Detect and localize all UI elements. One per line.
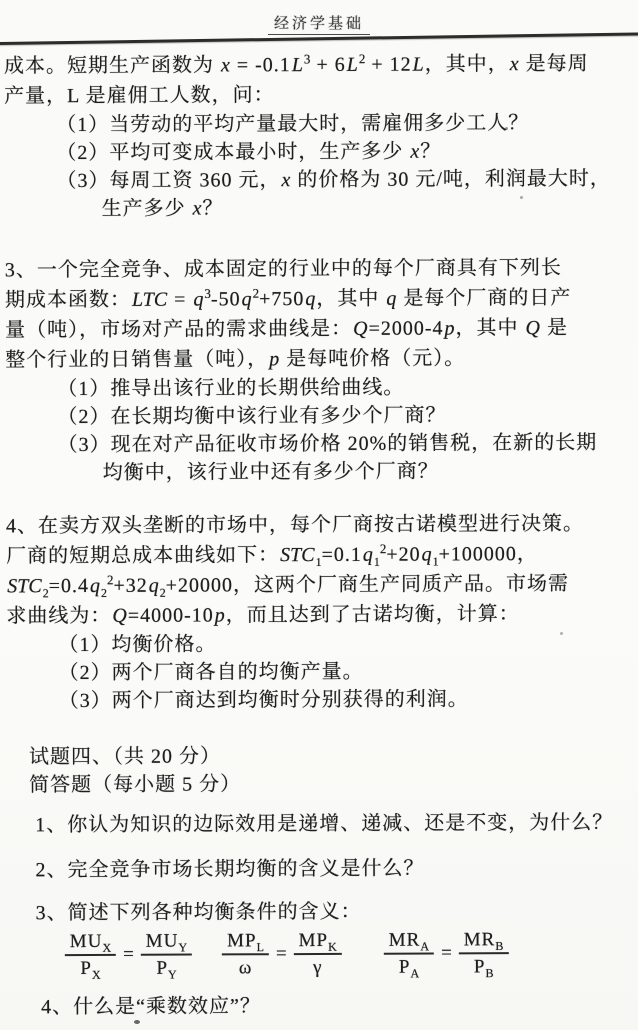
equals-sign: =	[123, 944, 134, 966]
ink-speck	[560, 632, 563, 635]
problem2-item-3-cont: 生产多少 x？	[102, 193, 631, 223]
short-answer-3: 3、简述下列各种均衡条件的含义：	[36, 897, 634, 928]
problem3-line-4: 整个行业的日销售量（吨），p 是每吨价格（元）。	[5, 343, 631, 376]
fraction-mpl-w: MPL ω	[222, 930, 269, 979]
equals-sign: =	[276, 943, 287, 965]
problem2-item-2: （2）平均可变成本最小时，生产多少 x？	[56, 137, 630, 168]
problem4-item-3: （3）两个厂商达到均衡时分别获得的利润。	[59, 685, 633, 716]
page-content: 成本。短期生产函数为 x = -0.1L3 + 6L2 + 12L，其中，x 是…	[4, 49, 634, 1022]
equation-consumer-equilibrium: MUX PX = MUY PY	[65, 930, 193, 980]
equilibrium-conditions: MUX PX = MUY PY MPL ω = MPK γ	[65, 925, 634, 983]
scanned-exam-page: 经济学基础 成本。短期生产函数为 x = -0.1L3 + 6L2 + 12L，…	[0, 0, 638, 1030]
problem4-line-2: 厂商的短期总成本曲线如下：STC1=0.1q12+20q1+100000，	[6, 539, 632, 572]
problem2-line-1: 成本。短期生产函数为 x = -0.1L3 + 6L2 + 12L，其中，x 是…	[4, 49, 630, 82]
fraction-mra-pa: MRA PA	[384, 929, 434, 978]
problem3-item-3: （3）现在对产品征收市场价格 20%的销售税，在新的长期	[58, 429, 632, 460]
fraction-mrb-pb: MRB PB	[459, 929, 509, 978]
equation-producer-equilibrium: MPL ω = MPK γ	[222, 929, 342, 979]
problem2-item-1: （1）当劳动的平均产量最大时，需雇佣多少工人？	[56, 109, 630, 140]
short-answer-4: 4、什么是“乘数效应”？	[41, 991, 634, 1022]
problem3-line-1: 3、一个完全竞争、成本固定的行业中的每个厂商具有下列长	[5, 253, 631, 286]
problem3-item-2: （2）在长期均衡中该行业有多少个厂商？	[57, 401, 631, 432]
equals-sign: =	[441, 942, 452, 964]
problem4-line-3: STC2=0.4q22+32q2+20000，这两个厂商生产同质产品。市场需	[6, 569, 632, 602]
ink-speck	[520, 196, 523, 199]
equation-revenue-equilibrium: MRA PA = MRB PB	[384, 929, 509, 979]
fraction-muy-py: MUY PY	[141, 930, 193, 979]
problem3-item-3-cont: 均衡中，该行业中还有多少个厂商？	[103, 457, 632, 487]
problem4-line-4: 求曲线为：Q=4000-10p，而且达到了古诺均衡，计算：	[6, 599, 632, 632]
problem4-line-1: 4、在卖方双头垄断的市场中，每个厂商按古诺模型进行决策。	[6, 509, 632, 542]
problem4-item-1: （1）均衡价格。	[58, 629, 632, 660]
course-title: 经济学基础	[268, 16, 370, 35]
fraction-mux-px: MUX PX	[65, 930, 117, 979]
problem2-line-2: 产量，L 是雇佣工人数，问：	[4, 79, 630, 112]
section4-title: 试题四、（共 20 分）	[29, 741, 633, 772]
short-answer-2: 2、完全竞争市场长期均衡的含义是什么？	[35, 854, 633, 885]
problem3-line-3: 量（吨），市场对产品的需求曲线是：Q=2000-4p，其中 Q 是	[5, 313, 631, 346]
short-answer-1: 1、你认为知识的边际效用是递增、递减、还是不变，为什么？	[35, 809, 633, 840]
page-header-title: 经济学基础	[0, 12, 638, 33]
problem2-item-3: （3）每周工资 360 元，x 的价格为 30 元/吨，利润最大时，	[56, 165, 630, 196]
problem4-item-2: （2）两个厂商各自的均衡产量。	[59, 657, 633, 688]
ink-speck	[505, 127, 508, 130]
section4-subtitle: 简答题（每小题 5 分）	[29, 769, 633, 800]
problem3-line-2: 期成本函数：LTC = q3-50q2+750q，其中 q 是每个厂商的日产	[5, 283, 631, 316]
problem3-item-1: （1）推导出该行业的长期供给曲线。	[57, 373, 631, 404]
fraction-mpk-g: MPK γ	[294, 929, 342, 978]
ink-speck	[134, 1020, 140, 1024]
